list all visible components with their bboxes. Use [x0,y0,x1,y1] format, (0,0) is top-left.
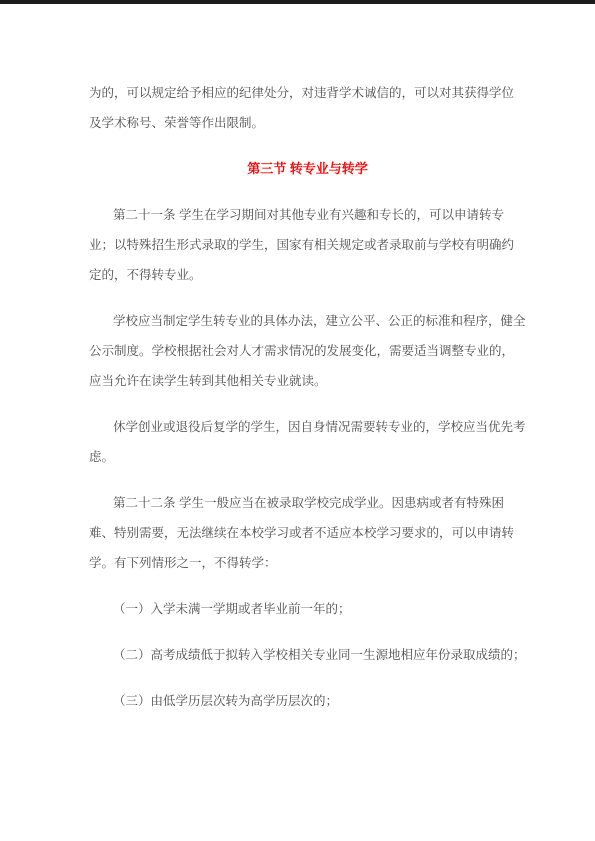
paragraph-priority-consideration: 休学创业或退役后复学的学生，因自身情况需要转专业的，学校应当优先考虑。 [89,412,526,472]
paragraph-article-22: 第二十二条 学生一般应当在被录取学校完成学业。因患病或者有特殊困难、特别需要，无… [89,488,526,578]
document-content: 为的，可以规定给予相应的纪律处分，对违背学术诚信的，可以对其获得学位及学术称号、… [0,4,595,772]
paragraph-continuation: 为的，可以规定给予相应的纪律处分，对违背学术诚信的，可以对其获得学位及学术称号、… [89,78,526,138]
section-heading: 第三节 转专业与转学 [89,154,526,184]
list-item-3: （三）由低学历层次转为高学历层次的； [89,686,526,716]
paragraph-article-21: 第二十一条 学生在学习期间对其他专业有兴趣和专长的，可以申请转专业；以特殊招生形… [89,200,526,290]
paragraph-school-measures: 学校应当制定学生转专业的具体办法，建立公平、公正的标准和程序，健全公示制度。学校… [89,306,526,396]
list-item-1: （一）入学未满一学期或者毕业前一年的； [89,594,526,624]
list-item-2: （二）高考成绩低于拟转入学校相关专业同一生源地相应年份录取成绩的； [89,640,526,670]
document-page: 为的，可以规定给予相应的纪律处分，对违背学术诚信的，可以对其获得学位及学术称号、… [0,0,595,841]
